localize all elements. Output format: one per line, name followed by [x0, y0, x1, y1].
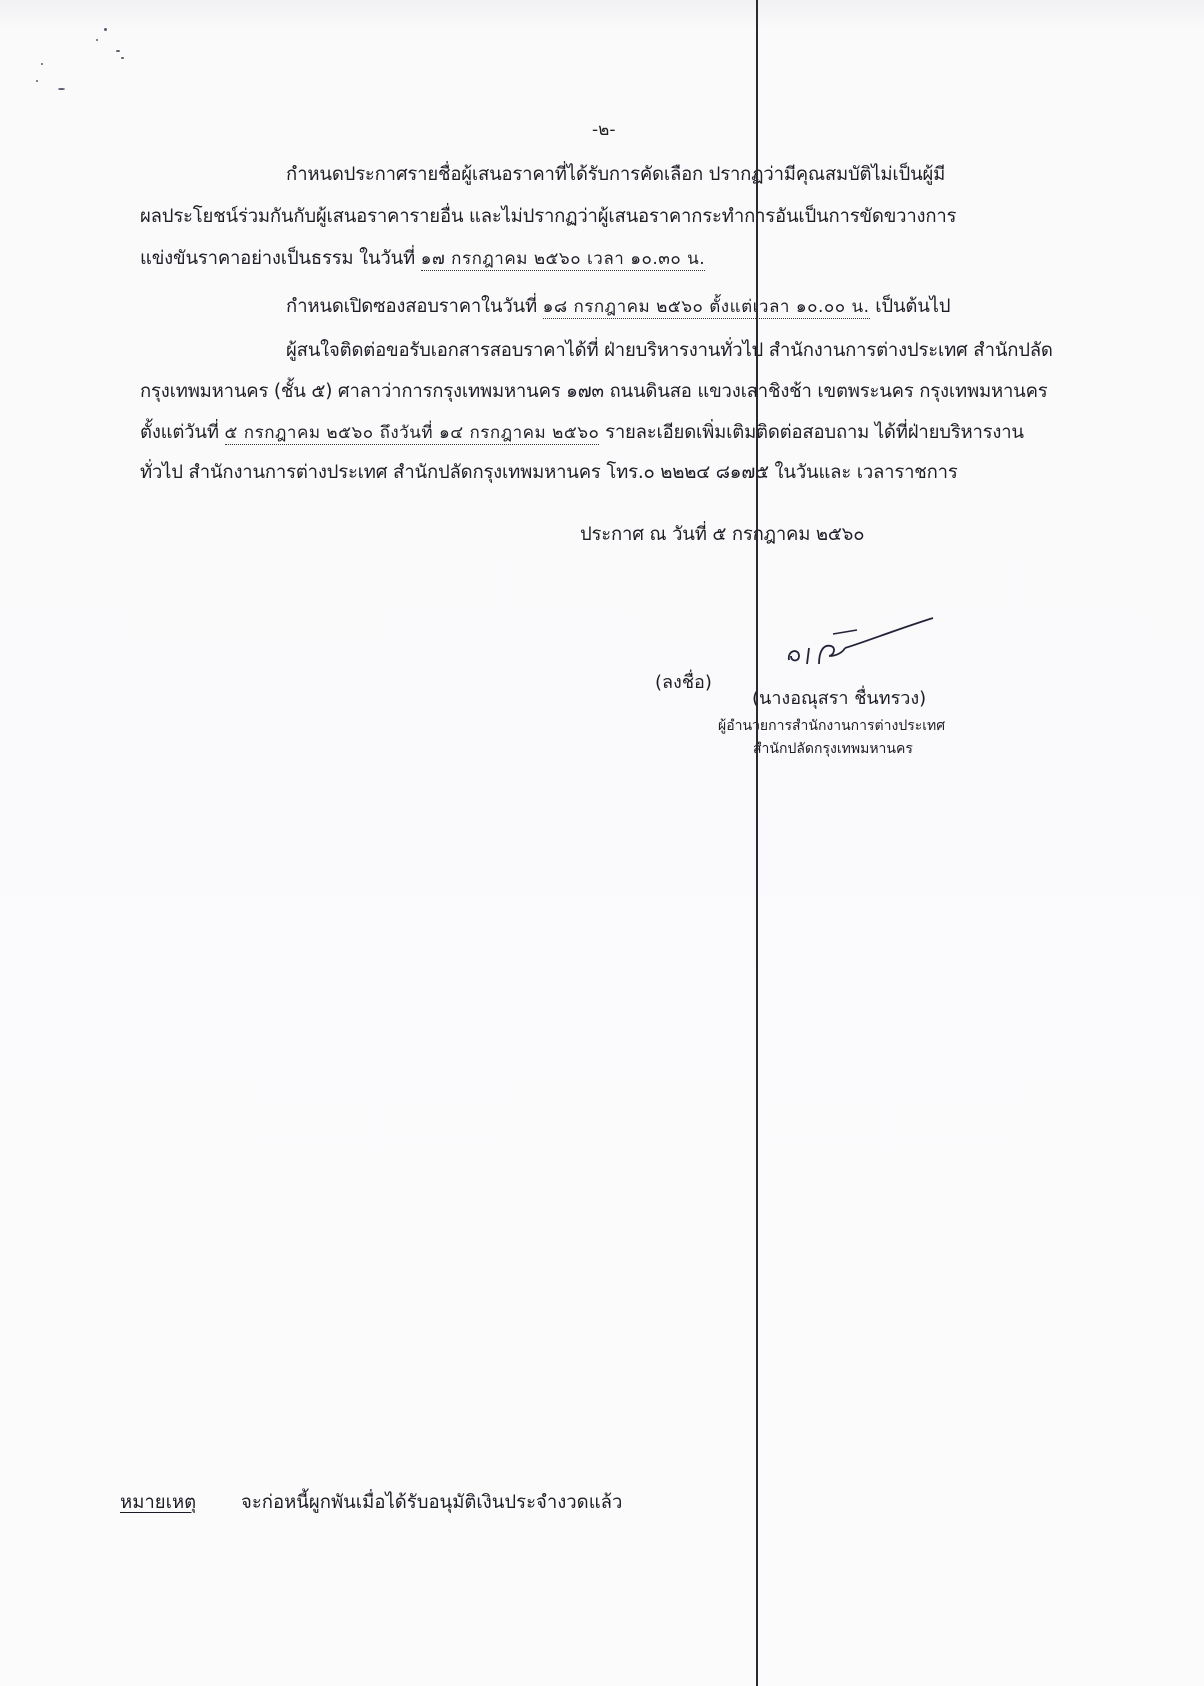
handwritten-signature: [785, 612, 935, 668]
document-page: -๒- กำหนดประกาศรายชื่อผู้เสนอราคาที่ได้ร…: [0, 0, 1204, 1686]
paragraph3-line4: ทั่วไป สำนักงานการต่างประเทศ สำนักปลัดกร…: [140, 458, 958, 487]
paragraph2-prefix: กำหนดเปิดซองสอบราคาในวันที่: [286, 296, 543, 317]
paragraph3-line1: ผู้สนใจติดต่อขอรับเอกสารสอบราคาได้ที่ ฝ่…: [286, 336, 1053, 365]
paragraph3-line3-prefix: ตั้งแต่วันที่: [140, 422, 225, 443]
paragraph1-line3-prefix: แข่งขันราคาอย่างเป็นธรรม ในวันที่: [140, 248, 421, 269]
paragraph1-line3: แข่งขันราคาอย่างเป็นธรรม ในวันที่ ๑๗ กรก…: [140, 244, 705, 273]
scan-speck: [96, 39, 98, 41]
signature-label: (ลงชื่อ): [655, 667, 712, 696]
scan-speck: [58, 88, 65, 90]
signer-title: ผู้อำนวยการสำนักงานการต่างประเทศ: [718, 715, 945, 737]
paragraph3-line3-suffix: รายละเอียดเพิ่มเติมติดต่อสอบถาม ได้ที่ฝ่…: [599, 422, 1023, 443]
paragraph1-line2: ผลประโยชน์ร่วมกันกับผู้เสนอราคารายอื่น แ…: [140, 202, 956, 231]
paragraph3-line3: ตั้งแต่วันที่ ๕ กรกฎาคม ๒๕๖๐ ถึงวันที่ ๑…: [140, 418, 1024, 447]
announcement-date: ประกาศ ณ วันที่ ๕ กรกฎาคม ๒๕๖๐: [580, 520, 864, 549]
signer-name: (นางอณุสรา ชื่นทรวง): [752, 683, 926, 712]
scan-speck: [121, 57, 124, 59]
paragraph1-line1: กำหนดประกาศรายชื่อผู้เสนอราคาที่ได้รับกา…: [286, 160, 945, 189]
note-text: จะก่อหนี้ผูกพันเมื่อได้รับอนุมัติเงินประ…: [241, 1488, 622, 1517]
note-label: หมายเหตุ: [120, 1488, 196, 1517]
scan-fold-line: [756, 0, 758, 1686]
document-availability-period: ๕ กรกฎาคม ๒๕๖๐ ถึงวันที่ ๑๔ กรกฎาคม ๒๕๖๐: [225, 423, 600, 445]
signer-organization: สำนักปลัดกรุงเทพมหานคร: [753, 738, 913, 760]
page-number: -๒-: [592, 116, 615, 143]
scan-speck: [116, 50, 120, 52]
selection-announcement-datetime: ๑๗ กรกฎาคม ๒๕๖๐ เวลา ๑๐.๓๐ น.: [421, 249, 706, 271]
scan-speck: [104, 28, 107, 31]
paragraph2-suffix: เป็นต้นไป: [870, 296, 951, 317]
bid-opening-datetime: ๑๘ กรกฎาคม ๒๕๖๐ ตั้งแต่เวลา ๑๐.๐๐ น.: [543, 297, 870, 319]
scan-speck: [36, 80, 38, 82]
paragraph3-line2: กรุงเทพมหานคร (ชั้น ๕) ศาลาว่าการกรุงเทพ…: [140, 377, 1048, 406]
scan-speck: [41, 63, 43, 65]
paragraph2: กำหนดเปิดซองสอบราคาในวันที่ ๑๘ กรกฎาคม ๒…: [286, 292, 950, 321]
